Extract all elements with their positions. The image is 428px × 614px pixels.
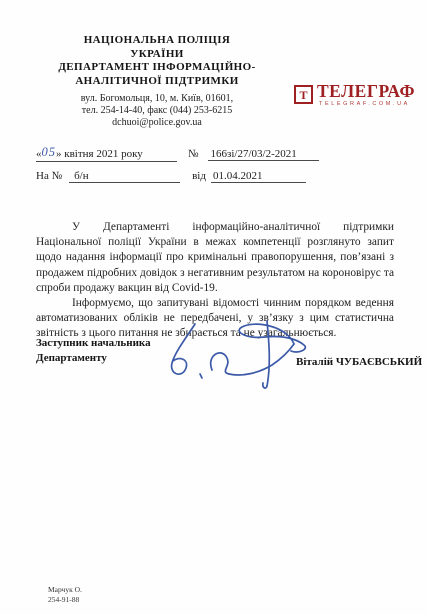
outgoing-number-field: 166зі/27/03/2-2021 [208,148,319,161]
letterhead: НАЦІОНАЛЬНА ПОЛІЦІЯ УКРАЇНИ ДЕПАРТАМЕНТ … [28,34,286,129]
signer-name: Віталій ЧУБАЄВСЬКИЙ [296,356,426,368]
handwritten-day: 05 [42,145,57,159]
letter-date-text: квітня 2021 року [62,148,143,160]
reply-to-label: На № [36,170,62,182]
reference-row-date-number: «05» квітня 2021 року № 166зі/27/03/2-20… [36,146,319,162]
handwritten-signature [123,316,318,401]
telegraf-domain-text: TELEGRAF.COM.UA [319,101,415,107]
letterhead-address: вул. Богомольця, 10, м. Київ, 01601, тел… [28,93,286,129]
telegraf-watermark: Т ТЕЛЕГРАФ TELEGRAF.COM.UA [294,83,415,107]
executor-phone: 254-91-88 [48,595,82,605]
number-sign-label: № [188,148,199,160]
org-name-line: НАЦІОНАЛЬНА ПОЛІЦІЯ [28,34,286,48]
from-label: від [192,170,206,182]
reply-date-field: 01.04.2021 [211,170,306,183]
org-name-line: ДЕПАРТАМЕНТ ІНФОРМАЦІЙНО- [28,61,286,75]
telegraf-monogram-icon: Т [294,85,313,104]
body-paragraph-1: У Департаменті інформаційно-аналітичної … [36,220,394,296]
address-phone-fax: тел. 254-14-40, факс (044) 253-6215 [28,105,286,117]
telegraf-brand-text: ТЕЛЕГРАФ [317,83,415,100]
telegraf-icon-letter: Т [299,89,307,101]
letter-date-field: «05» квітня 2021 року [36,146,177,162]
org-name-line: АНАЛІТИЧНОЇ ПІДТРИМКИ [28,75,286,89]
address-street: вул. Богомольця, 10, м. Київ, 01601, [28,93,286,105]
scanned-letter-page: НАЦІОНАЛЬНА ПОЛІЦІЯ УКРАЇНИ ДЕПАРТАМЕНТ … [0,0,428,614]
telegraf-wordmark: ТЕЛЕГРАФ TELEGRAF.COM.UA [317,83,415,107]
reference-row-reply: На № б/н від 01.04.2021 [36,170,306,183]
org-name-line: УКРАЇНИ [28,48,286,62]
reply-number-field: б/н [69,170,180,183]
executor-info: Марчук О. 254-91-88 [48,585,82,604]
executor-name: Марчук О. [48,585,82,595]
address-email: dchuoi@police.gov.ua [28,117,286,129]
open-guillemet: « [36,148,42,160]
